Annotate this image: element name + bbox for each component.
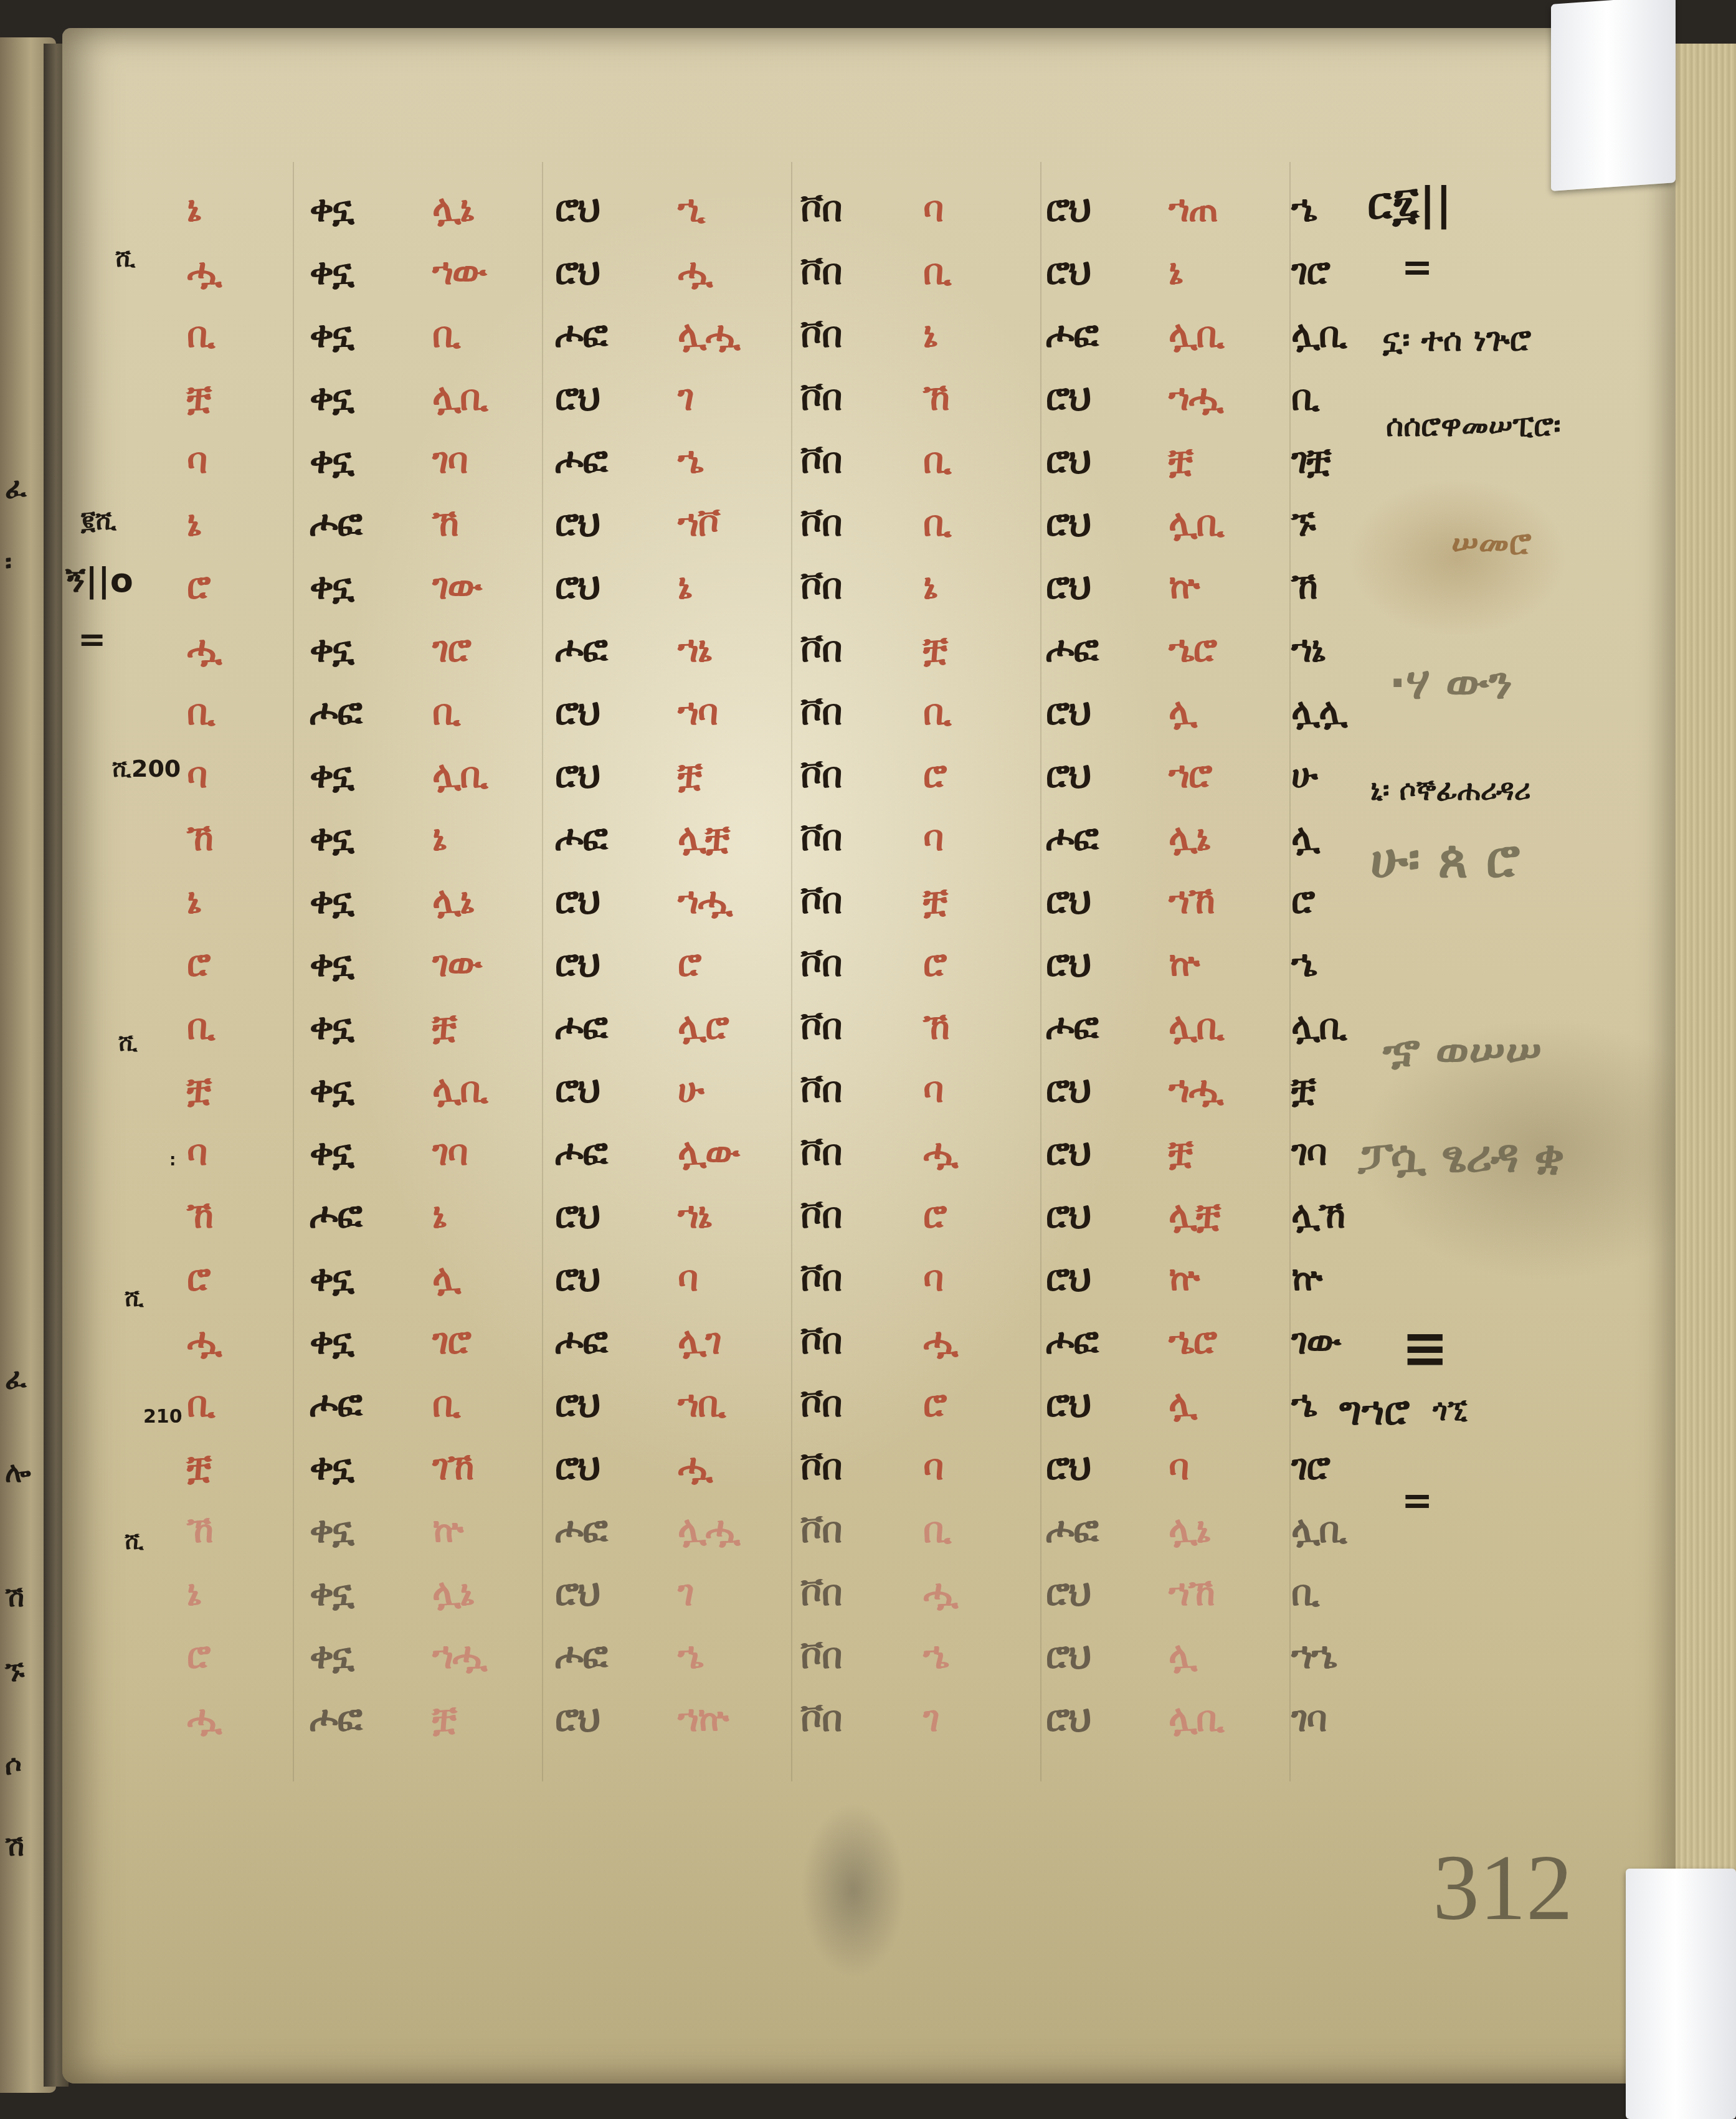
glyph-cell: ገው <box>1291 1310 1414 1373</box>
left-page-fragment: ኙ <box>5 1657 24 1685</box>
glyph-cell: ሮህ <box>1046 492 1169 555</box>
glyph-cell: ሖፎ <box>555 618 678 681</box>
glyph-cell: ሮ <box>187 555 310 618</box>
glyph-cell: ባ <box>1169 1436 1291 1499</box>
margin-note: = <box>1402 1482 1433 1520</box>
glyph-cell: ገው <box>432 932 555 995</box>
glyph-cell: ሮህ <box>555 744 678 807</box>
glyph-table: ኔቀኗሏኔሮህኂቮበባሮህኀጠኄሗቀኗኀውሮህሗቮበቢሮህኔገሮቢቀኗቢሖፎሏሗ… <box>187 178 1414 1750</box>
glyph-cell: ቀኗ <box>310 995 432 1058</box>
glyph-cell: ቿ <box>923 870 1046 932</box>
glyph-cell: ሖፎ <box>555 303 678 366</box>
glyph-cell: ገ <box>923 1687 1046 1750</box>
glyph-cell: ቮበ <box>800 1058 923 1121</box>
margin-note: ኇ ወሠሠ <box>1383 1028 1542 1073</box>
glyph-cell: ሏኔ <box>1169 1499 1291 1562</box>
glyph-cell: ቢ <box>923 240 1046 303</box>
glyph-cell: ቮበ <box>800 1436 923 1499</box>
glyph-cell: ቀኗ <box>310 1310 432 1373</box>
glyph-cell: ቮበ <box>800 870 923 932</box>
glyph-cell: ኔ <box>432 1184 555 1247</box>
glyph-cell: ኵ <box>1169 1247 1291 1310</box>
glyph-cell: ሏሗ <box>678 1499 800 1562</box>
left-page-fragment: ሶ <box>5 1750 22 1779</box>
glyph-cell: ኵ <box>432 1499 555 1562</box>
glyph-cell: ሖፎ <box>1046 1499 1169 1562</box>
glyph-cell: ቀኗ <box>310 178 432 240</box>
glyph-cell: ኀኔ <box>678 1184 800 1247</box>
glyph-cell: ቀኗ <box>310 1624 432 1687</box>
glyph-cell: ኀሮ <box>1169 744 1291 807</box>
margin-note: : <box>169 1152 176 1169</box>
glyph-cell: ኔ <box>187 178 310 240</box>
left-page-fragment: ሽ <box>5 1831 24 1860</box>
margin-note: ≡ <box>1402 1320 1448 1377</box>
glyph-cell: ሖፎ <box>310 1373 432 1436</box>
glyph-cell: ኀቢ <box>678 1373 800 1436</box>
glyph-cell: ኄ <box>1291 932 1414 995</box>
glyph-cell: ሏ <box>432 1247 555 1310</box>
glyph-cell: ቢ <box>923 1499 1046 1562</box>
glyph-cell: ኔ <box>187 1562 310 1624</box>
glyph-cell: ኀሗ <box>678 870 800 932</box>
glyph-cell: ሏኔ <box>432 178 555 240</box>
glyph-cell: ሏኔ <box>432 870 555 932</box>
margin-note: ·ሃ ውን <box>1389 660 1512 705</box>
glyph-cell: ኔ <box>923 303 1046 366</box>
glyph-cell: ሮህ <box>555 932 678 995</box>
glyph-cell: ቮበ <box>800 240 923 303</box>
glyph-cell: ቮበ <box>800 1499 923 1562</box>
glyph-cell: ኸ <box>187 1184 310 1247</box>
glyph-cell: ኀሗ <box>432 1624 555 1687</box>
glyph-cell: ቀኗ <box>310 429 432 492</box>
left-page-fragment: ፈ <box>5 1364 27 1393</box>
glyph-cell: ቮበ <box>800 492 923 555</box>
glyph-cell: ሏቿ <box>678 807 800 870</box>
glyph-cell: ገሮ <box>1291 240 1414 303</box>
glyph-cell: ሮህ <box>555 870 678 932</box>
glyph-cell: ገባ <box>432 429 555 492</box>
glyph-cell: ሗ <box>923 1562 1046 1624</box>
glyph-cell: ኀኵ <box>678 1687 800 1750</box>
glyph-cell: ቢ <box>923 492 1046 555</box>
glyph-cell: ቢ <box>432 681 555 744</box>
margin-note: 210 <box>143 1408 183 1426</box>
glyph-cell: ኸ <box>187 807 310 870</box>
glyph-cell: ሖፎ <box>310 681 432 744</box>
glyph-cell: ሗ <box>187 1310 310 1373</box>
glyph-cell: ቢ <box>923 681 1046 744</box>
glyph-cell: ቮበ <box>800 366 923 429</box>
glyph-cell: ሮህ <box>1046 1058 1169 1121</box>
glyph-cell: ቿ <box>432 1687 555 1750</box>
glyph-cell: ሖፎ <box>310 1687 432 1750</box>
glyph-cell: ኀቮ <box>678 492 800 555</box>
glyph-cell: ሏቢ <box>432 1058 555 1121</box>
glyph-cell: ሮህ <box>1046 1436 1169 1499</box>
glyph-cell: ቮበ <box>800 303 923 366</box>
glyph-cell: ቢ <box>187 303 310 366</box>
archival-clip-top <box>1551 0 1676 191</box>
glyph-cell: ቀኗ <box>310 240 432 303</box>
glyph-cell: ሮህ <box>1046 178 1169 240</box>
glyph-cell: ባ <box>187 1121 310 1184</box>
glyph-cell: ቮበ <box>800 1310 923 1373</box>
margin-note: ሺ <box>118 1031 138 1055</box>
glyph-cell: ሁ <box>678 1058 800 1121</box>
archival-clip-bottom <box>1626 1869 1736 2119</box>
glyph-cell: ኙ <box>1291 492 1414 555</box>
glyph-cell: ሏ <box>1169 1624 1291 1687</box>
glyph-cell: ሮህ <box>555 1058 678 1121</box>
glyph-cell: ሏሗ <box>678 303 800 366</box>
glyph-cell: ቮበ <box>800 555 923 618</box>
margin-note: ሁ፡ ጰ ሮ <box>1370 835 1520 886</box>
glyph-cell: ሮ <box>187 932 310 995</box>
glyph-cell: ቀኗ <box>310 807 432 870</box>
glyph-cell: ቮበ <box>800 1687 923 1750</box>
glyph-cell: ሮ <box>923 932 1046 995</box>
glyph-cell: ሖፎ <box>1046 618 1169 681</box>
glyph-cell: ባ <box>187 429 310 492</box>
glyph-cell: ባ <box>923 1436 1046 1499</box>
glyph-cell: ሏኸ <box>1291 1184 1414 1247</box>
glyph-cell: ሮህ <box>555 366 678 429</box>
glyph-cell: ቀኗ <box>310 1121 432 1184</box>
glyph-cell: ሏሮ <box>678 995 800 1058</box>
glyph-cell: ቀኗ <box>310 744 432 807</box>
margin-note: = <box>78 623 106 657</box>
glyph-cell: ሮህ <box>1046 870 1169 932</box>
glyph-cell: ባ <box>678 1247 800 1310</box>
glyph-cell: ኸ <box>187 1499 310 1562</box>
glyph-cell: ቿ <box>923 618 1046 681</box>
glyph-cell: ሖፎ <box>1046 303 1169 366</box>
glyph-cell: ሮህ <box>1046 932 1169 995</box>
glyph-cell: ሮህ <box>555 1247 678 1310</box>
glyph-cell: ሖፎ <box>555 429 678 492</box>
glyph-cell: ቢ <box>432 303 555 366</box>
margin-note: ኒ፡ ሶኞፊሐሪዳሪ <box>1370 775 1531 804</box>
margin-note: ሠመሮ <box>1451 526 1531 560</box>
glyph-cell: ቮበ <box>800 1373 923 1436</box>
glyph-cell: ገ <box>678 366 800 429</box>
glyph-cell: ቮበ <box>800 932 923 995</box>
folio-number: 312 <box>1433 1834 1573 1941</box>
left-page-fragment: ፈ <box>5 473 27 502</box>
glyph-cell: ቮበ <box>800 1247 923 1310</box>
glyph-cell: ቢ <box>432 1373 555 1436</box>
glyph-cell: ሖፎ <box>310 1184 432 1247</box>
glyph-cell: ገባ <box>432 1121 555 1184</box>
glyph-cell: ሏቢ <box>432 366 555 429</box>
margin-note: ሰሰሮዋመሠፒሮ፡ <box>1386 411 1561 441</box>
glyph-cell: ሮህ <box>1046 744 1169 807</box>
glyph-cell: ሏኔ <box>1169 807 1291 870</box>
glyph-cell: ኵ <box>1169 932 1291 995</box>
glyph-cell: ቢ <box>187 995 310 1058</box>
glyph-cell: ሮ <box>187 1624 310 1687</box>
margin-note: ሺ <box>125 1529 144 1553</box>
glyph-cell: ቮበ <box>800 807 923 870</box>
glyph-cell: ሮህ <box>555 1687 678 1750</box>
glyph-cell: ሮ <box>187 1247 310 1310</box>
glyph-cell: ገ <box>678 1562 800 1624</box>
glyph-cell: ሮህ <box>555 555 678 618</box>
glyph-cell: ቮበ <box>800 618 923 681</box>
margin-note: ር፯|| <box>1367 181 1452 225</box>
glyph-cell: ባ <box>187 744 310 807</box>
glyph-cell: ኀሗ <box>1169 1058 1291 1121</box>
glyph-cell: ቿ <box>432 995 555 1058</box>
glyph-cell: ሖፎ <box>555 807 678 870</box>
margin-note: ጎኚ <box>1433 1395 1468 1425</box>
glyph-cell: ባ <box>923 1247 1046 1310</box>
glyph-cell: ሗ <box>923 1310 1046 1373</box>
glyph-cell: ሮህ <box>1046 429 1169 492</box>
glyph-cell: ቮበ <box>800 681 923 744</box>
glyph-cell: ቀኗ <box>310 1436 432 1499</box>
page-stack-edge <box>1676 44 1736 2087</box>
glyph-cell: ሮህ <box>1046 1121 1169 1184</box>
glyph-cell: ኸ <box>1291 555 1414 618</box>
margin-note: ፪ሺ <box>81 508 116 534</box>
glyph-cell: ሮህ <box>1046 1562 1169 1624</box>
glyph-cell: ባ <box>923 178 1046 240</box>
glyph-cell: ኄ <box>923 1624 1046 1687</box>
glyph-cell: ኔ <box>678 555 800 618</box>
glyph-cell: ሖፎ <box>555 1310 678 1373</box>
glyph-cell: ቮበ <box>800 178 923 240</box>
glyph-cell: ሏ <box>1169 681 1291 744</box>
glyph-cell: ገኸ <box>432 1436 555 1499</box>
glyph-cell: ሗ <box>923 1121 1046 1184</box>
glyph-cell: ኔ <box>923 555 1046 618</box>
glyph-cell: ሮ <box>678 932 800 995</box>
glyph-cell: ኔ <box>187 870 310 932</box>
glyph-cell: ሖፎ <box>555 1499 678 1562</box>
glyph-cell: ሏቢ <box>432 744 555 807</box>
glyph-cell: ኂ <box>678 178 800 240</box>
glyph-cell: ሏቿ <box>1169 1184 1291 1247</box>
glyph-cell: ቀኗ <box>310 366 432 429</box>
glyph-cell: ሮ <box>923 1184 1046 1247</box>
glyph-cell: ሏቢ <box>1169 492 1291 555</box>
glyph-cell: ቿ <box>678 744 800 807</box>
glyph-cell: ኸ <box>432 492 555 555</box>
glyph-cell: ገው <box>432 555 555 618</box>
glyph-cell: ኀኸ <box>1169 870 1291 932</box>
glyph-cell: ኀጠ <box>1169 178 1291 240</box>
glyph-cell: ኀኄ <box>1291 1624 1414 1687</box>
glyph-cell: ቢ <box>187 1373 310 1436</box>
glyph-cell: ሏቢ <box>1291 1499 1414 1562</box>
glyph-cell: ቢ <box>923 429 1046 492</box>
margin-note: ግኀሮ <box>1339 1392 1410 1431</box>
glyph-cell: ሏቢ <box>1169 995 1291 1058</box>
glyph-cell: ሮህ <box>555 492 678 555</box>
glyph-cell: ቮበ <box>800 1184 923 1247</box>
glyph-cell: ሮህ <box>555 1184 678 1247</box>
glyph-cell: ሮህ <box>555 681 678 744</box>
glyph-cell: ሮህ <box>1046 681 1169 744</box>
glyph-cell: ኵ <box>1169 555 1291 618</box>
glyph-cell: ሮህ <box>1046 366 1169 429</box>
glyph-cell: ቿ <box>187 1436 310 1499</box>
glyph-cell: ሮህ <box>555 178 678 240</box>
glyph-cell: ሏቢ <box>1169 1687 1291 1750</box>
glyph-cell: ገሮ <box>432 618 555 681</box>
glyph-cell: ኀሗ <box>1169 366 1291 429</box>
glyph-cell: ቀኗ <box>310 303 432 366</box>
glyph-cell: ቀኗ <box>310 1562 432 1624</box>
glyph-cell: ኀኸ <box>1169 1562 1291 1624</box>
glyph-cell: ቀኗ <box>310 932 432 995</box>
glyph-cell: ቀኗ <box>310 555 432 618</box>
glyph-cell: ሖፎ <box>310 492 432 555</box>
glyph-cell: ሮህ <box>1046 1624 1169 1687</box>
margin-note: = <box>1402 249 1433 287</box>
glyph-cell: ቢ <box>187 681 310 744</box>
glyph-cell: ኸ <box>923 366 1046 429</box>
glyph-cell: ሮህ <box>1046 240 1169 303</box>
glyph-cell: ኀባ <box>678 681 800 744</box>
glyph-cell: ቮበ <box>800 1562 923 1624</box>
glyph-cell: ባ <box>923 807 1046 870</box>
glyph-cell: ሏ <box>1169 1373 1291 1436</box>
glyph-cell: ቿ <box>1169 1121 1291 1184</box>
glyph-cell: ቀኗ <box>310 1247 432 1310</box>
glyph-cell: ሮህ <box>555 1562 678 1624</box>
left-page-fragment: ፡ <box>5 548 12 577</box>
glyph-cell: ሗ <box>187 1687 310 1750</box>
glyph-cell: ሖፎ <box>555 1624 678 1687</box>
glyph-cell: ሖፎ <box>555 1121 678 1184</box>
glyph-cell: ቮበ <box>800 429 923 492</box>
glyph-cell: ሏቢ <box>1169 303 1291 366</box>
margin-note: ኗ፡ ተሰ ነጕሮ <box>1383 324 1531 356</box>
glyph-cell: ሖፎ <box>1046 995 1169 1058</box>
glyph-cell: ኄሮ <box>1169 1310 1291 1373</box>
glyph-cell: ኵ <box>1291 1247 1414 1310</box>
glyph-cell: ኄ <box>678 1624 800 1687</box>
glyph-cell: ሖፎ <box>1046 1310 1169 1373</box>
glyph-cell: ቀኗ <box>310 870 432 932</box>
glyph-cell: ኄሮ <box>1169 618 1291 681</box>
glyph-cell: ሮህ <box>555 240 678 303</box>
glyph-cell: ገሮ <box>1291 1436 1414 1499</box>
glyph-cell: ሮህ <box>1046 1687 1169 1750</box>
glyph-cell: ቿ <box>187 366 310 429</box>
glyph-cell: ሮ <box>923 744 1046 807</box>
glyph-cell: ቀኗ <box>310 1499 432 1562</box>
margin-note: ኝ||o <box>65 564 133 597</box>
glyph-cell: ሗ <box>187 618 310 681</box>
glyph-cell: ሖፎ <box>555 995 678 1058</box>
glyph-cell: ሗ <box>678 1436 800 1499</box>
glyph-cell: ገባ <box>1291 1687 1414 1750</box>
glyph-cell: ቮበ <box>800 1624 923 1687</box>
glyph-cell: ሮህ <box>1046 555 1169 618</box>
glyph-cell: ሗ <box>678 240 800 303</box>
glyph-cell: ሮህ <box>555 1436 678 1499</box>
glyph-cell: ባ <box>923 1058 1046 1121</box>
left-page-fragment: ሽ <box>5 1582 24 1611</box>
glyph-cell: ቮበ <box>800 744 923 807</box>
glyph-cell: ሏኔ <box>432 1562 555 1624</box>
glyph-cell: ሮህ <box>1046 1184 1169 1247</box>
glyph-cell: ኔ <box>187 492 310 555</box>
glyph-cell: ሮህ <box>1046 1373 1169 1436</box>
glyph-cell: ሮህ <box>1046 1247 1169 1310</box>
glyph-cell: ቮበ <box>800 995 923 1058</box>
glyph-cell: ሮህ <box>555 1373 678 1436</box>
glyph-cell: ቿ <box>1169 429 1291 492</box>
glyph-cell: ኀው <box>432 240 555 303</box>
glyph-cell: ኔ <box>1169 240 1291 303</box>
glyph-cell: ሖፎ <box>1046 807 1169 870</box>
glyph-cell: ኸ <box>923 995 1046 1058</box>
glyph-cell: ሏገ <box>678 1310 800 1373</box>
glyph-cell: ገሮ <box>432 1310 555 1373</box>
glyph-cell: ኄ <box>678 429 800 492</box>
margin-note: ፓሷ ፄሪዳ ቋ <box>1358 1134 1565 1178</box>
glyph-cell: ኀኔ <box>678 618 800 681</box>
glyph-cell: ሮ <box>923 1373 1046 1436</box>
margin-note: ሺ200 <box>112 757 181 780</box>
glyph-cell: ቀኗ <box>310 618 432 681</box>
glyph-cell: ቿ <box>187 1058 310 1121</box>
glyph-cell: ቀኗ <box>310 1058 432 1121</box>
margin-note: ሺ <box>115 246 136 271</box>
glyph-cell: ኔ <box>432 807 555 870</box>
left-page-fragment: ሎ <box>5 1458 31 1486</box>
glyph-cell: ሏው <box>678 1121 800 1184</box>
glyph-cell: ቢ <box>1291 1562 1414 1624</box>
glyph-cell: ቮበ <box>800 1121 923 1184</box>
margin-note: ሺ <box>125 1286 144 1310</box>
glyph-cell: ሗ <box>187 240 310 303</box>
